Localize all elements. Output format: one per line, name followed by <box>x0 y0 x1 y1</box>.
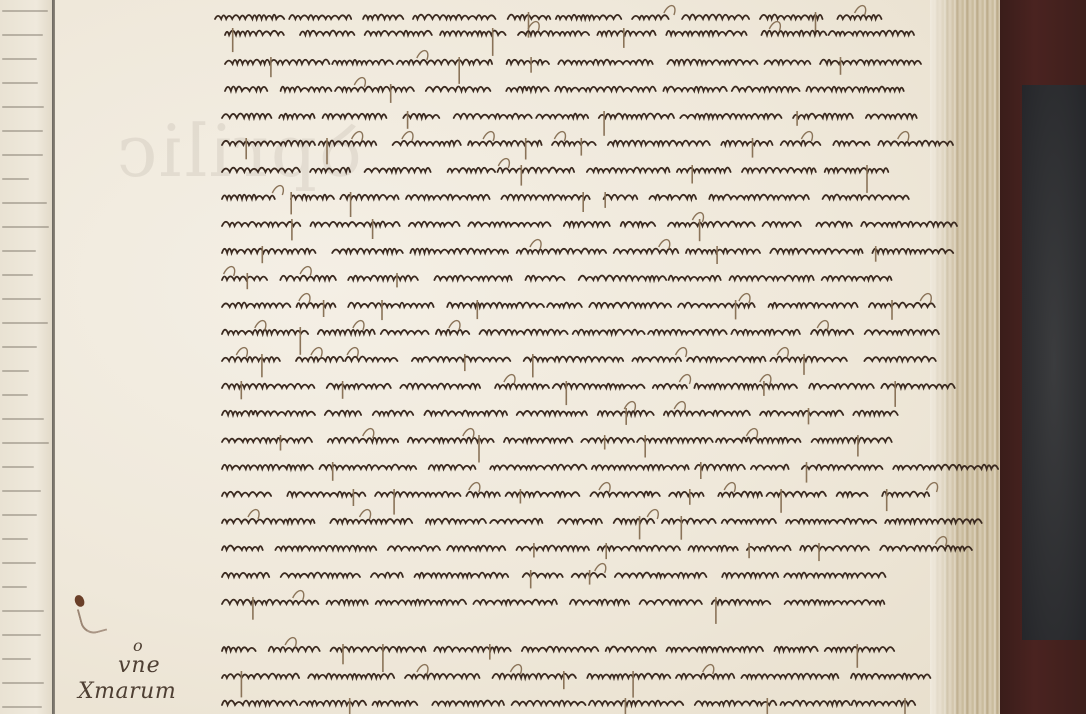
handwritten-line <box>222 487 915 501</box>
handwritten-line <box>222 163 915 177</box>
handwritten-line <box>222 595 882 609</box>
handwritten-line <box>222 568 915 582</box>
handwritten-line <box>225 26 915 40</box>
handwritten-line <box>222 379 915 393</box>
handwritten-line <box>215 10 905 24</box>
handwritten-line <box>222 136 915 150</box>
manuscript-photo: ꝺprilic o vne Xmarum <box>0 0 1086 714</box>
handwritten-line <box>222 325 915 339</box>
handwritten-line <box>222 642 912 656</box>
handwritten-line <box>222 271 915 285</box>
handwritten-line <box>222 460 915 474</box>
margin-note-line-2: Xmarum <box>78 679 176 704</box>
handwritten-line <box>222 669 912 683</box>
handwritten-line <box>222 217 915 231</box>
handwritten-line <box>222 514 915 528</box>
handwritten-line <box>225 82 915 96</box>
handwritten-line <box>222 244 915 258</box>
handwritten-line <box>222 406 915 420</box>
main-text-block <box>0 0 1086 714</box>
margin-note-line-1: vne <box>118 653 161 678</box>
handwritten-line <box>225 55 915 69</box>
handwritten-line <box>222 541 915 555</box>
handwritten-line <box>222 190 915 204</box>
handwritten-line <box>222 696 912 710</box>
handwritten-line <box>222 433 915 447</box>
handwritten-line <box>222 298 915 312</box>
handwritten-line <box>222 109 915 123</box>
handwritten-line <box>222 352 915 366</box>
